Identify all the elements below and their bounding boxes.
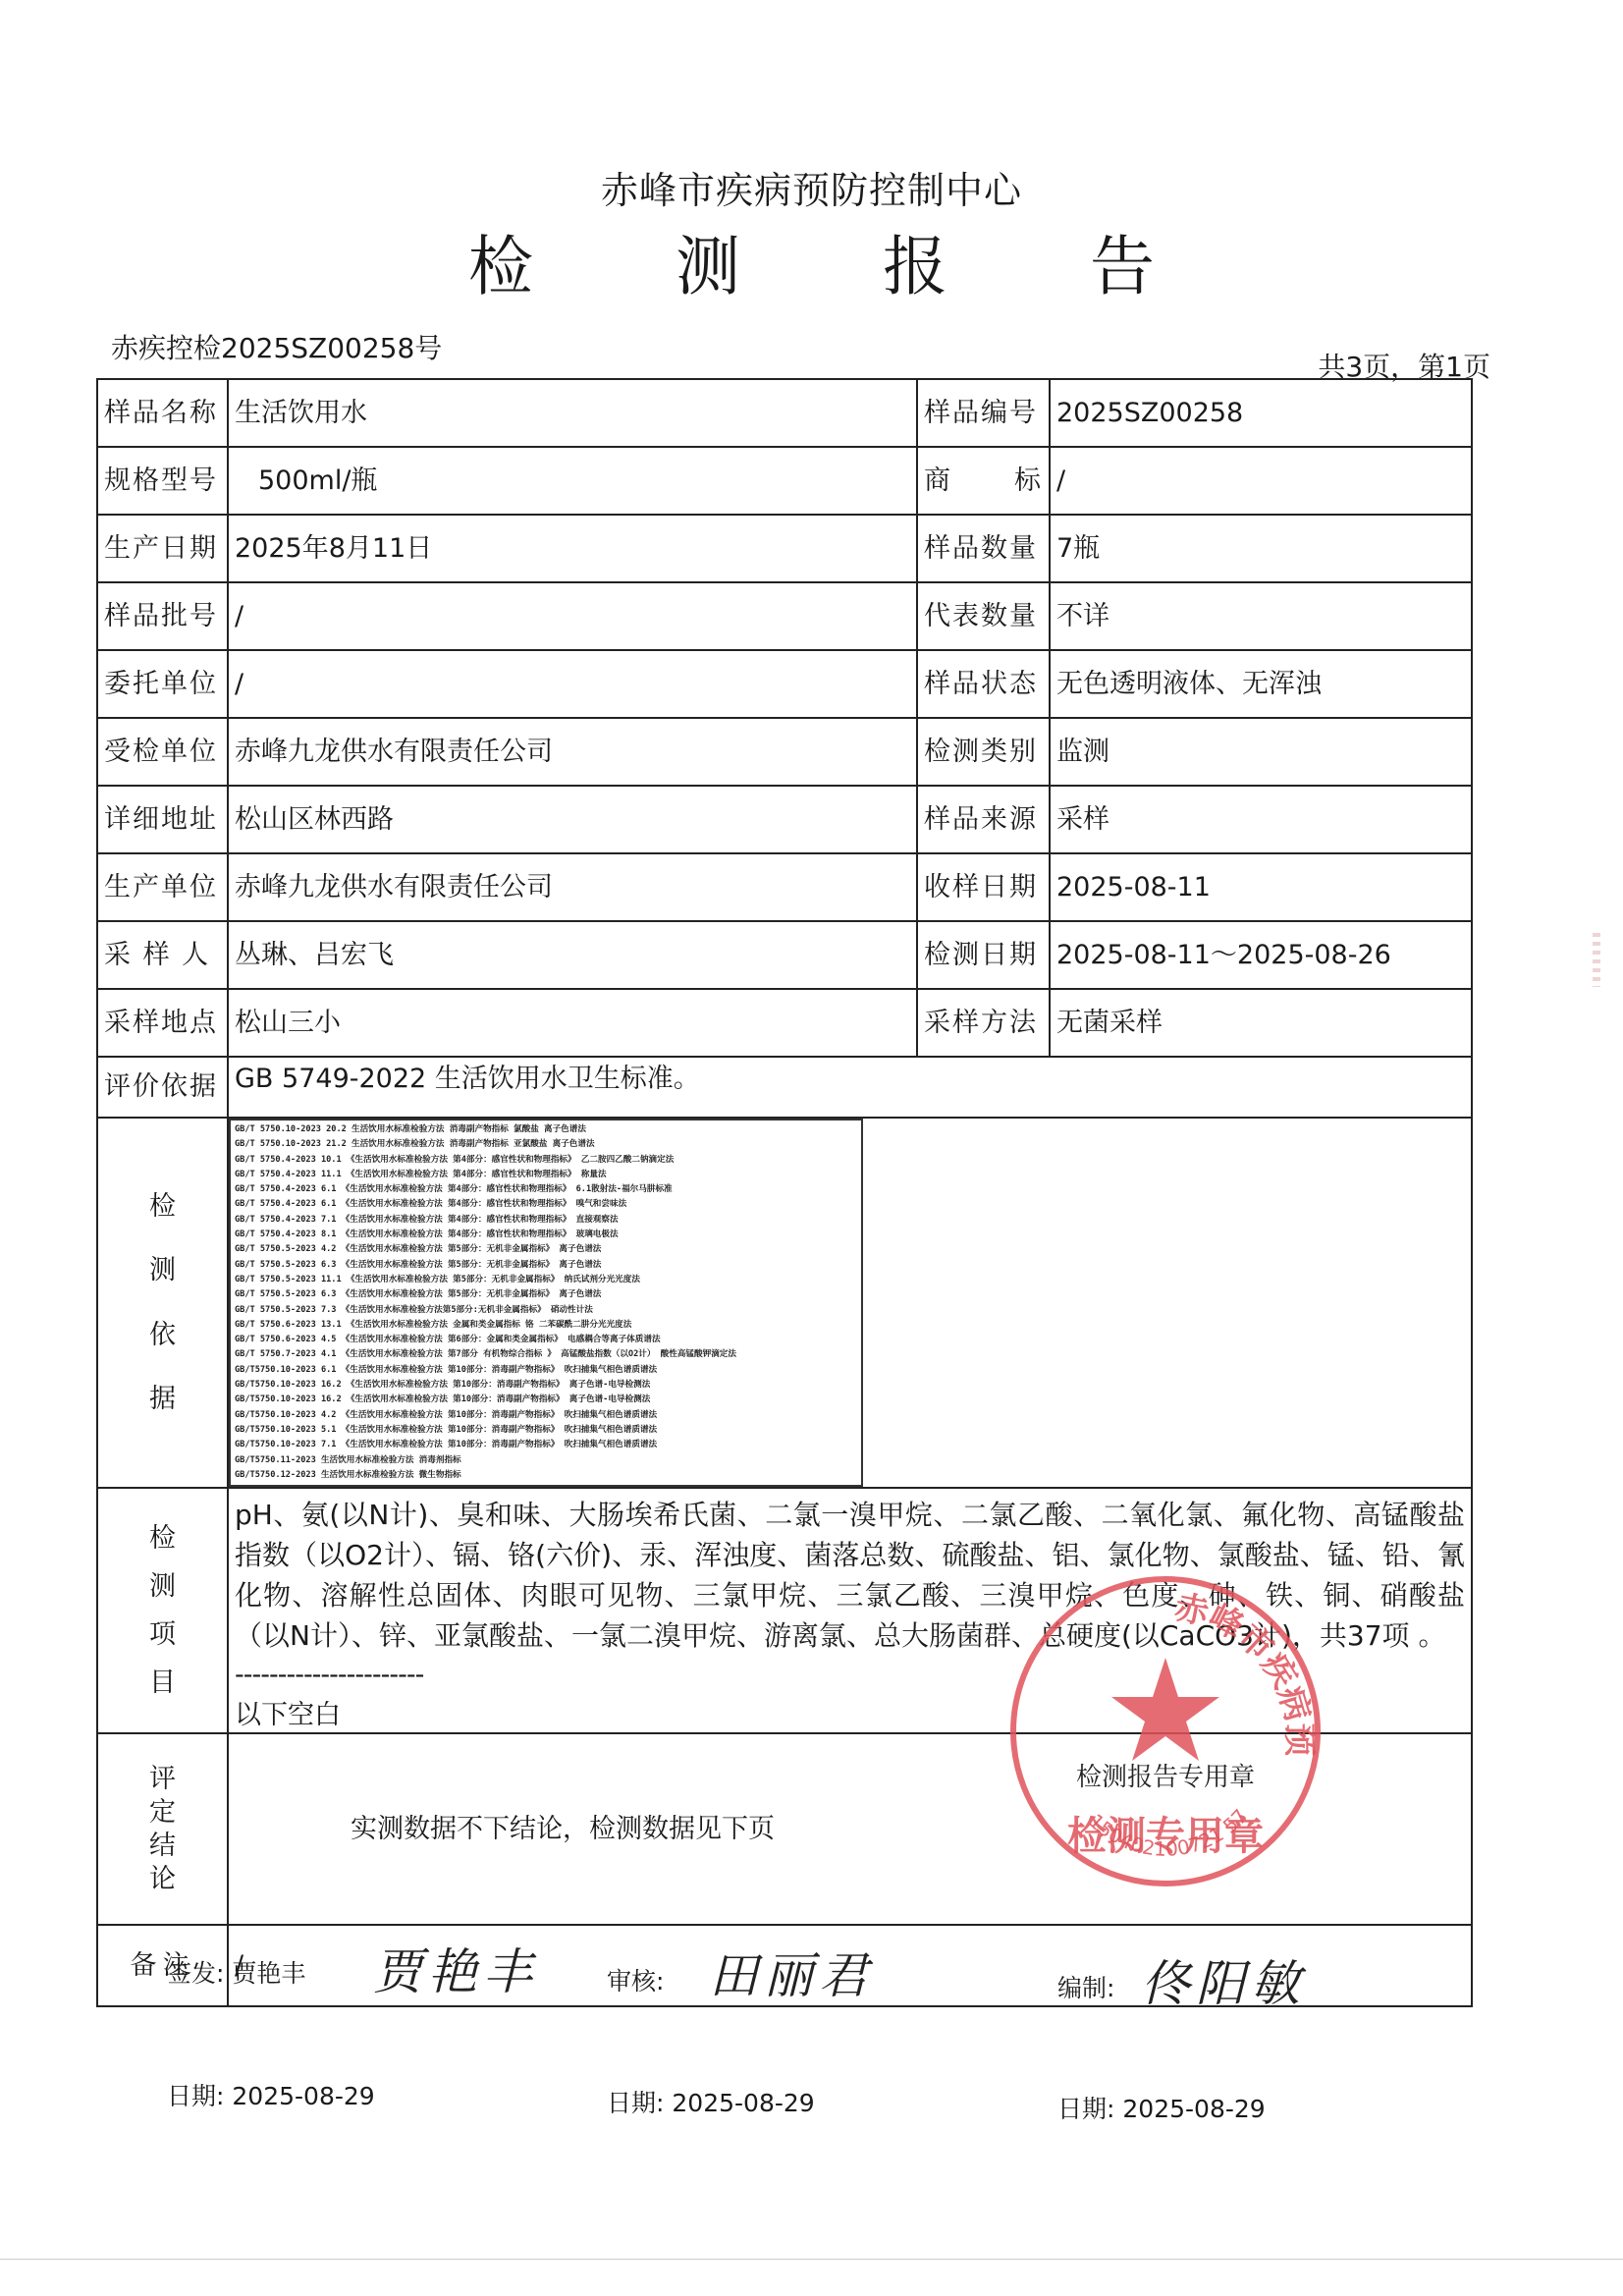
label-test-basis: 检 测 依 据 (97, 1118, 228, 1488)
label-production-date: 生产日期 (97, 515, 228, 582)
basis-line: GB/T 5750.5-2023 4.2 《生活饮用水标准检验方法 第5部分：无… (235, 1242, 857, 1257)
row-test-basis: 检 测 依 据 GB/T 5750.10-2023 20.2 生活饮用水标准检验… (97, 1118, 1472, 1488)
basis-line: GB/T 5750.4-2023 11.1 《生活饮用水标准检验方法 第4部分：… (235, 1168, 857, 1182)
basis-line: GB/T5750.11-2023 生活饮用水标准检验方法 消毒剂指标 (235, 1453, 857, 1468)
label-char: 测 (104, 1253, 221, 1287)
basis-line: GB/T5750.10-2023 16.2 《生活饮用水标准检验方法 第10部分… (235, 1378, 857, 1393)
value-producer: 赤峰九龙供水有限责任公司 (228, 853, 917, 921)
label-char: 据 (104, 1382, 221, 1416)
label-char: 测 (104, 1573, 221, 1600)
basis-line: GB/T 5750.4-2023 6.1 《生活饮用水标准检验方法 第4部分：感… (235, 1197, 857, 1212)
basis-line: GB/T 5750.4-2023 10.1 《生活饮用水标准检验方法 第4部分：… (235, 1153, 857, 1168)
row-inspected-unit: 受检单位 赤峰九龙供水有限责任公司 检测类别 监测 (97, 718, 1472, 786)
value-evaluation-basis: GB 5749-2022 生活饮用水卫生标准。 (228, 1057, 1472, 1118)
value-inspected-unit: 赤峰九龙供水有限责任公司 (228, 718, 917, 786)
label-trademark-b: 标 (1014, 464, 1043, 498)
label-sampling-method: 采样方法 (917, 989, 1050, 1057)
issuer-signature: 贾艳丰 (373, 1933, 538, 2003)
basis-line: GB/T 5750.10-2023 21.2 生活饮用水标准检验方法 消毒副产物… (235, 1137, 857, 1152)
value-sample-quantity: 7瓶 (1050, 515, 1472, 582)
basis-line: GB/T 5750.5-2023 11.1 《生活饮用水标准检验方法 第5部分：… (235, 1273, 857, 1287)
label-test-date: 检测日期 (917, 921, 1050, 989)
row-sampler: 采 样 人 丛琳、吕宏飞 检测日期 2025-08-11～2025-08-26 (97, 921, 1472, 989)
label-char: 目 (104, 1669, 221, 1696)
basis-line: GB/T 5750.5-2023 7.3 《生活饮用水标准检验方法第5部分:无机… (235, 1303, 857, 1318)
value-sample-id: 2025SZ00258 (1050, 379, 1472, 447)
basis-line: GB/T5750.10-2023 4.2 《生活饮用水标准检验方法 第10部分：… (235, 1408, 857, 1423)
row-address: 详细地址 松山区林西路 样品来源 采样 (97, 786, 1472, 853)
value-test-date: 2025-08-11～2025-08-26 (1050, 921, 1472, 989)
label-char: 依 (104, 1318, 221, 1352)
test-basis-cell: GB/T 5750.10-2023 20.2 生活饮用水标准检验方法 消毒副产物… (228, 1118, 1472, 1488)
reviewer-signature: 田丽君 (709, 1937, 874, 2007)
issuer-name: 贾艳丰 (232, 1959, 305, 1988)
label-represent-quantity: 代表数量 (917, 582, 1050, 650)
basis-line: GB/T5750.10-2023 16.2 《生活饮用水标准检验方法 第10部分… (235, 1393, 857, 1407)
value-trademark: / (1050, 447, 1472, 515)
label-sample-quantity: 样品数量 (917, 515, 1050, 582)
date-value: 2025-08-29 (672, 2089, 814, 2117)
compiler-signature: 佟阳敏 (1141, 1944, 1306, 2015)
value-test-type: 监测 (1050, 718, 1472, 786)
label-address: 详细地址 (97, 786, 228, 853)
label-client: 委托单位 (97, 650, 228, 718)
value-address: 松山区林西路 (228, 786, 917, 853)
basis-line: GB/T 5750.5-2023 6.3 《生活饮用水标准检验方法 第5部分：无… (235, 1287, 857, 1302)
value-sample-source: 采样 (1050, 786, 1472, 853)
basis-line: GB/T 5750.5-2023 6.3 《生活饮用水标准检验方法 第5部分：无… (235, 1258, 857, 1273)
value-production-date: 2025年8月11日 (228, 515, 917, 582)
label-conclusion: 评 定 结 论 (97, 1733, 228, 1925)
date-value: 2025-08-29 (232, 2082, 374, 2110)
basis-line: GB/T5750.12-2023 生活饮用水标准检验方法 微生物指标 (235, 1468, 857, 1483)
label-char: 结 (104, 1830, 221, 1863)
label-char: 检 (104, 1189, 221, 1224)
value-sampling-method: 无菌采样 (1050, 989, 1472, 1057)
label-evaluation-basis: 评价依据 (97, 1057, 228, 1118)
value-receipt-date: 2025-08-11 (1050, 853, 1472, 921)
date-label: 日期: (607, 2089, 664, 2117)
value-sampling-site: 松山三小 (228, 989, 917, 1057)
label-test-items: 检 测 项 目 (97, 1488, 228, 1733)
margin-seal-mark (1593, 933, 1600, 987)
issuer-label: 签发: 贾艳丰 (167, 1954, 305, 1990)
row-evaluation-basis: 评价依据 GB 5749-2022 生活饮用水卫生标准。 (97, 1057, 1472, 1118)
value-represent-quantity: 不详 (1050, 582, 1472, 650)
basis-line: GB/T5750.10-2023 7.1 《生活饮用水标准检验方法 第10部分：… (235, 1438, 857, 1452)
organization-name: 赤峰市疾病预防控制中心 (0, 160, 1623, 214)
label-batch-no: 样品批号 (97, 582, 228, 650)
label-inspected-unit: 受检单位 (97, 718, 228, 786)
label-sample-id: 样品编号 (917, 379, 1050, 447)
reviewer-label: 审核: (607, 1962, 664, 1997)
reviewer-date: 日期: 2025-08-29 (607, 2084, 815, 2119)
issuer-label-text: 签发: (167, 1959, 224, 1988)
row-production-date: 生产日期 2025年8月11日 样品数量 7瓶 (97, 515, 1472, 582)
compiler-label: 编制: (1057, 1969, 1114, 2004)
row-sampling-site: 采样地点 松山三小 采样方法 无菌采样 (97, 989, 1472, 1057)
basis-line: GB/T 5750.4-2023 7.1 《生活饮用水标准检验方法 第4部分：感… (235, 1213, 857, 1228)
label-test-type: 检测类别 (917, 718, 1050, 786)
row-batch-no: 样品批号 / 代表数量 不详 (97, 582, 1472, 650)
test-basis-list: GB/T 5750.10-2023 20.2 生活饮用水标准检验方法 消毒副产物… (229, 1119, 863, 1487)
basis-line: GB/T 5750.10-2023 20.2 生活饮用水标准检验方法 消毒副产物… (235, 1122, 857, 1137)
label-char: 评 (104, 1763, 221, 1796)
value-spec: 500ml/瓶 (228, 447, 917, 515)
label-receipt-date: 收样日期 (917, 853, 1050, 921)
date-label: 日期: (1057, 2095, 1114, 2123)
seal-icon: 赤峰市疾病预防控制中心 检测专用章 150402100721 57 检测报告专用… (1003, 1569, 1327, 1893)
report-title: 检 测 报 告 (0, 214, 1623, 307)
label-producer: 生产单位 (97, 853, 228, 921)
value-sampler: 丛琳、吕宏飞 (228, 921, 917, 989)
official-seal: 赤峰市疾病预防控制中心 检测专用章 150402100721 57 检测报告专用… (1003, 1569, 1327, 1893)
label-char: 检 (104, 1525, 221, 1552)
value-batch-no: / (228, 582, 917, 650)
basis-line: GB/T5750.10-2023 6.1 《生活饮用水标准检验方法 第10部分：… (235, 1363, 857, 1378)
basis-line: GB/T 5750.6-2023 13.1 《生活饮用水标准检验方法 金属和类金… (235, 1318, 857, 1333)
seal-overlay-text: 检测报告专用章 (1076, 1763, 1255, 1792)
label-trademark: 商标 (917, 447, 1050, 515)
value-client: / (228, 650, 917, 718)
row-client: 委托单位 / 样品状态 无色透明液体、无浑浊 (97, 650, 1472, 718)
date-label: 日期: (167, 2082, 224, 2110)
label-sample-state: 样品状态 (917, 650, 1050, 718)
basis-line: GB/T 5750.4-2023 8.1 《生活饮用水标准检验方法 第4部分：感… (235, 1228, 857, 1242)
label-sample-source: 样品来源 (917, 786, 1050, 853)
basis-line: GB/T 5750.6-2023 4.5 《生活饮用水标准检验方法 第6部分：金… (235, 1333, 857, 1347)
row-producer: 生产单位 赤峰九龙供水有限责任公司 收样日期 2025-08-11 (97, 853, 1472, 921)
label-trademark-a: 商 (924, 464, 952, 498)
report-number: 赤疾控检2025SZ00258号 (111, 327, 442, 366)
basis-line: GB/T 5750.7-2023 4.1 《生活饮用水标准检验方法 第7部分 有… (235, 1347, 857, 1362)
date-value: 2025-08-29 (1122, 2095, 1265, 2123)
label-sampler: 采 样 人 (97, 921, 228, 989)
label-char: 定 (104, 1796, 221, 1830)
row-spec: 规格型号 500ml/瓶 商标 / (97, 447, 1472, 515)
row-sample-name: 样品名称 生活饮用水 样品编号 2025SZ00258 (97, 379, 1472, 447)
compiler-date: 日期: 2025-08-29 (1057, 2090, 1266, 2125)
label-char: 项 (104, 1621, 221, 1648)
label-spec: 规格型号 (97, 447, 228, 515)
label-sample-name: 样品名称 (97, 379, 228, 447)
footer-divider (0, 2259, 1623, 2260)
value-sample-name: 生活饮用水 (228, 379, 917, 447)
basis-line: GB/T 5750.4-2023 6.1 《生活饮用水标准检验方法 第4部分：感… (235, 1182, 857, 1197)
value-sample-state: 无色透明液体、无浑浊 (1050, 650, 1472, 718)
label-sampling-site: 采样地点 (97, 989, 228, 1057)
label-char: 论 (104, 1863, 221, 1896)
basis-line: GB/T5750.10-2023 5.1 《生活饮用水标准检验方法 第10部分：… (235, 1423, 857, 1438)
issuer-date: 日期: 2025-08-29 (167, 2077, 375, 2112)
